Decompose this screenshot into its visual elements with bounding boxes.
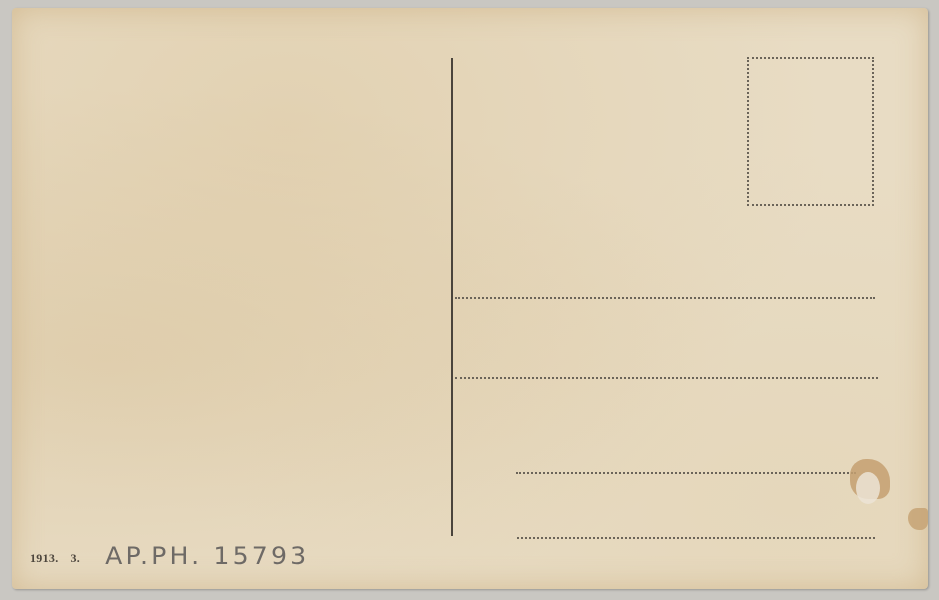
stain-mark-edge — [908, 508, 928, 530]
address-line-2 — [455, 377, 878, 379]
postcard-back — [12, 8, 928, 589]
paper-abrasion — [856, 472, 880, 504]
center-divider-line — [451, 58, 453, 536]
printed-code: 1913.3. — [30, 551, 92, 566]
address-line-3 — [516, 472, 856, 474]
printed-number: 3. — [71, 551, 81, 565]
address-line-1 — [455, 297, 875, 299]
handwritten-inventory-number: AP.PH. 15793 — [105, 542, 309, 570]
stamp-placement-box — [747, 57, 874, 206]
printed-year: 1913. — [30, 551, 59, 565]
address-line-4 — [517, 537, 875, 539]
